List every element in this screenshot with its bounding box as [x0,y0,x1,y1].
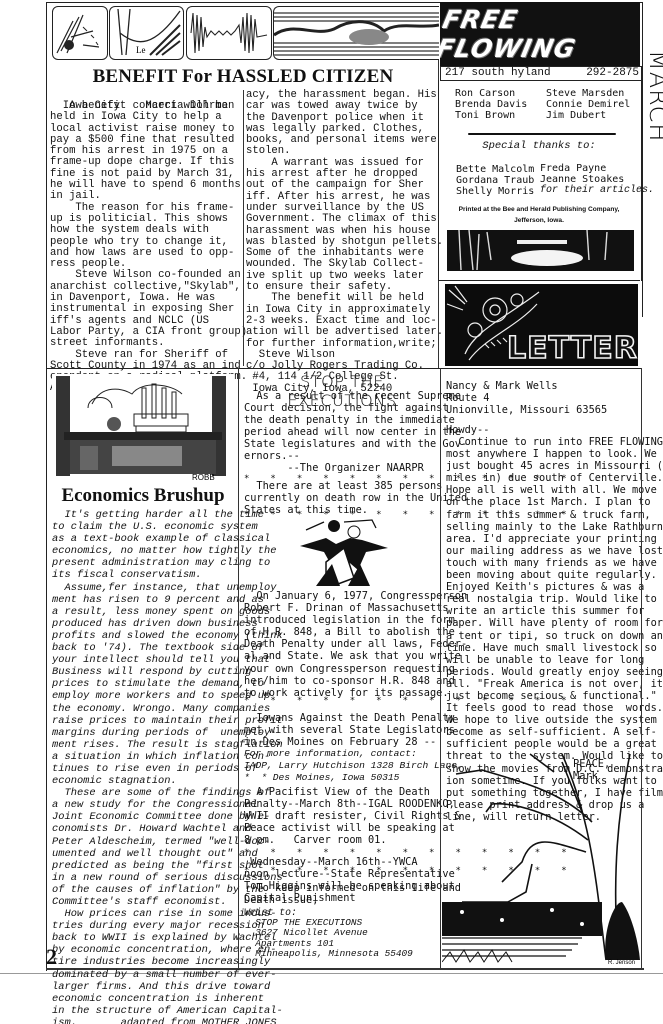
article-line: present administration may cling to [52,557,283,569]
article-line: economic concentration is inherent [52,993,283,1005]
letter-line: paper. Will have plenty of room for [446,617,663,629]
ornamental-divider [468,133,616,135]
letter-line: sufficient people would be a great [446,738,663,750]
letter-line: a tent or tipi, so truck on down any [446,630,663,642]
article-line: As a result of the recent Supreme [244,390,467,402]
article-line: to claim the U.S. economic system [52,521,283,533]
comic-panel-2: Le [109,6,184,60]
masthead-address: 217 south hyland [445,67,551,80]
article-line: period ahead will now center in the [244,426,467,438]
printer-credit: Printed at the Bee and Herald Publishing… [438,204,640,226]
letters-right-rule [641,368,642,968]
svg-text:LETTERS: LETTERS [507,331,638,366]
article-line: the death penalty in the immediate [244,414,467,426]
landscape-icon [274,7,439,59]
article-line: its fiscal conservatism. [52,569,283,581]
article-line: A Pacifist View of the Death [244,786,461,798]
staff-member: Connie Demirel [546,99,630,110]
article-line: Death Penalty under all laws, Feder- [244,638,467,650]
letter-line: on the place 1st March. I plan to [446,496,663,508]
staff-member: Toni Brown [455,110,527,121]
article-line: economics, no matter how tightly the [52,545,283,557]
staff-member: Steve Marsden [546,88,630,99]
economics-headline: Economics Brushup [52,485,234,507]
article-line: car was towed away twice by [246,101,443,112]
month-side-label: MARCH [644,50,663,142]
page-number: 2 [46,946,57,968]
article-line: Peace activist will be speaking at [244,822,461,834]
article-line: in the structure of American Capital- [52,1005,283,1017]
article-line: your own Congressperson requesting [244,663,467,675]
flower-ornament-icon: LETTERS [445,284,638,366]
executions-drinan: On January 6, 1977, CongresspersonRobert… [244,590,467,699]
article-line: There are at least 385 persons [244,480,467,492]
sender-line: Route 4 [446,392,607,404]
benefit-col-2: acy, the harassment began. Hiscar was to… [246,90,443,395]
contact-line: For more information, contact: [244,748,463,760]
article-line: ation will be advertised later. [246,327,443,338]
article-line: 8 pm. Carver room 01. [244,834,461,846]
woodland-illustration [447,230,634,271]
article-line: al and State. We ask that you write [244,650,467,662]
masthead-address-bar: 217 south hyland 292-2875 [440,66,642,81]
executions-mailing-address: STOP THE EXECUTIONS 3627 Nicollet Avenue… [244,918,413,960]
comic-panel-4 [273,6,439,60]
benefit-column-rule [243,90,244,366]
letters-banner-title: LETTERS [507,331,638,366]
masthead-title: FREE FLOWING [440,5,640,63]
executions-column-rule [440,368,441,968]
econ-column-rule [238,368,239,968]
executions-intro: As a result of the recent SupremeCourt d… [244,390,467,463]
staff-member: Ron Carson [455,88,527,99]
executions-intro-source: --The Organizer NAARPR [244,462,424,474]
staff-member: Brenda Davis [455,99,527,110]
article-line: ernors.-- [244,450,467,462]
article-line: how the system deals with [50,225,247,236]
article-line: Government. The climax of this [246,214,443,225]
article-line: Penalty--March 8th--IGAL ROODENKO, [244,798,461,810]
comic-panel-3 [186,6,272,60]
letters-banner: LETTERS [445,284,638,366]
benefit-headline: BENEFIT For HASSLED CITIZEN [48,66,438,88]
letter-line: We hope to live outside the system & [446,714,663,726]
article-line: in Des Moines on February 28 -- [244,736,455,748]
article-line: larger firms. And this drive toward [52,981,283,993]
letter-line: Enjoyed Keith's pictures & was a [446,581,663,593]
letter-line: time. Have much small livestock so [446,642,663,654]
article-line: On January 6, 1977, Congressperson [244,590,467,602]
letter-line: our mailing address as we have lost [446,545,663,557]
contact-line: IADP, Larry Hutchison 1328 Birch Lane, [244,760,463,772]
letter-line: touch with many friends as we have [446,557,663,569]
letter-line: all. "Freak America is not over, its [446,678,663,690]
article-line: To keep informed on this life and [244,882,461,894]
staff-list-right: Steve Marsden Connie Demirel Jim Dubert [546,88,630,121]
thanks-list-left: Bette Malcolm Gordana Traub Shelly Morri… [456,164,534,197]
printer-line: Jefferson, Iowa. [438,215,640,226]
article-line: instrumental in exposing Sher [50,304,247,315]
article-line: ism. adapted from MOTHER JONES [52,1017,283,1024]
letter-line: just become serious & functional." [446,690,663,702]
article-line: street informants. [50,338,247,349]
address-line: Minneapolis, Minnesota 55409 [244,949,413,959]
article-line: held in Iowa City to help a [50,112,247,123]
letter-sender: Nancy & Mark WellsRoute 4Unionville, Mis… [446,380,607,416]
sender-line: Unionville, Missouri 63565 [446,404,607,416]
economics-cartoon: ROBB [52,374,234,482]
article-line: met with several State Legislators [244,724,455,736]
sender-line: Nancy & Mark Wells [446,380,607,392]
article-line: State legislatures and with the Gov- [244,438,467,450]
letter-line: real nostalgia trip. Would like to [446,593,663,605]
masthead-phone: 292-2875 [586,67,639,80]
thanks-name: Gordana Traub [456,175,534,186]
cartoon-signature: ROBB [192,473,215,482]
article-line: Iowans Against the Death Penalty [244,712,455,724]
executions-iowans-contact: For more information, contact:IADP, Larr… [244,748,463,784]
sketch-icon [53,7,107,59]
contact-line: * * Des Moines, Iowa 50315 [244,772,463,784]
letter-line: most anywhere I happen to look. We [446,448,663,460]
illustration-signature: R. Jenson [608,960,635,966]
benefit-col-1: A benefit concert will beheld in Iowa Ci… [50,101,247,395]
thanks-name: Jeanne Stoakes [540,174,654,185]
letter-line: Hope all is well with all. We move [446,484,663,496]
article-line: her/him to co-sponsor H.R. 848 and [244,675,467,687]
staff-box-bottom-rule [438,280,640,281]
thanks-note: for their articles. [540,185,654,196]
executions-keep-informed: To keep informed on this life andDeath i… [244,882,461,906]
article-line: WWII draft resister, Civil Rights & [244,810,461,822]
staff-member: Jim Dubert [546,110,630,121]
executions-iowans: Iowans Against the Death Penaltymet with… [244,712,455,748]
letter-line: write an article this summer for [446,605,663,617]
letter-line: Continue to run into FREE FLOWING [446,436,663,448]
letter-line: area. I'd appreciate your printing [446,533,663,545]
letter-line: It feels good to read those words. [446,702,663,714]
masthead-logo: FREE FLOWING [440,2,640,66]
comic-panel-1 [52,6,108,60]
article-line: in jail. [50,191,247,202]
thanks-name: Freda Payne [540,163,654,174]
thanks-list-right: Freda Payne Jeanne Stoakes for their art… [540,163,654,196]
waveform-icon [187,7,271,59]
letter-line: farm it this summer & truck farm, [446,509,663,521]
article-line: dominated by a small number of ever- [52,969,283,981]
article-line: The benefit will be held [246,293,443,304]
article-line: out of the campaign for Sher [246,180,443,191]
svg-text:Le: Le [136,45,146,55]
row-divider [46,368,642,369]
article-line: Robert F. Drinan of Massachusetts [244,602,467,614]
sketch-icon: Le [110,7,183,59]
executions-pacifist: A Pacifist View of the DeathPenalty--Mar… [244,786,461,846]
printer-line: Printed at the Bee and Herald Publishing… [438,204,640,215]
letter-greeting: Howdy-- [446,424,489,436]
article-line: introduced legislation in the form [244,614,467,626]
article-line: Court decision, the fight against [244,402,467,414]
article-line: Death issue, [244,894,461,906]
thanks-name: Shelly Morris [456,186,534,197]
article-line: as a text-book example of classical [52,533,283,545]
letter-line: selling mainly to the Lake Rathburn [446,521,663,533]
letter-line: periods. Would greatly enjoy seeing [446,666,663,678]
letter-line: will be unable to leave for long [446,654,663,666]
article-line: of H.R. 848, a Bill to abolish the [244,626,467,638]
letter-line: been moving about quite regularly. [446,569,663,581]
article-line: currently on death row in the United [244,492,467,504]
staff-list-left: Ron Carson Brenda Davis Toni Brown [455,88,527,121]
letter-line: miles in) due south of Centerville. [446,472,663,484]
letter-line: become as self-sufficient. A self- [446,726,663,738]
protest-figures-illustration [296,518,392,588]
month-side-rule [642,2,643,317]
thanks-name: Bette Malcolm [456,164,534,175]
special-thanks-label: Special thanks to: [438,140,640,152]
tree-landscape-illustration: R. Jenson [442,752,640,966]
letter-line: just bought 45 acres in Missourri (3 [446,460,663,472]
